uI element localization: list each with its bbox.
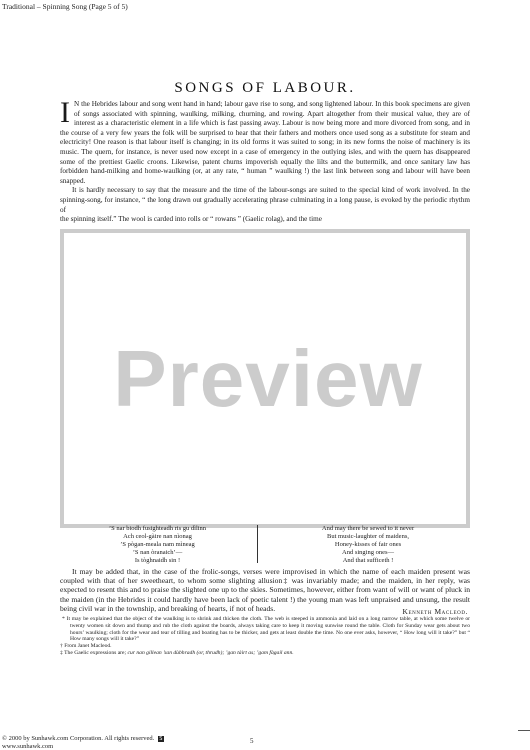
intro-text: IN the Hebrides labour and song went han… bbox=[60, 100, 470, 215]
verse-divider bbox=[257, 525, 258, 563]
verse-line: Is tòghnaidh sin ! bbox=[60, 557, 255, 565]
footnote: † From Janet Macleod. bbox=[60, 643, 470, 650]
footnote: ‡ The Gaelic expressions are; cur nan gi… bbox=[60, 650, 470, 657]
intro-paragraph-2: It is hardly necessary to say that the m… bbox=[60, 186, 470, 215]
corner-rule bbox=[518, 730, 530, 731]
document-title: Traditional – Spinning Song (Page 5 of 5… bbox=[2, 2, 128, 11]
footnotes: * It may be explained that the object of… bbox=[60, 616, 470, 657]
sunhawk-logo-icon: S bbox=[158, 736, 164, 742]
page-heading: SONGS OF LABOUR. bbox=[0, 80, 530, 97]
copyright-notice: © 2000 by Sunhawk.com Corporation. All r… bbox=[2, 735, 164, 750]
intro-paragraph-1: IN the Hebrides labour and song went han… bbox=[60, 100, 470, 186]
verse-line: ’S pògan-meala nam mìneag bbox=[60, 541, 255, 549]
verse-english: And may there be sewed to it never But m… bbox=[268, 525, 468, 565]
verse-line: And that sufficeth ! bbox=[268, 557, 468, 565]
verse-line: ’S nan òranaich’— bbox=[60, 549, 255, 557]
verse-line: And may there be sewed to it never bbox=[268, 525, 468, 533]
footnote: * It may be explained that the object of… bbox=[60, 616, 470, 643]
preview-watermark-text: Preview bbox=[113, 333, 422, 425]
page-number: 5 bbox=[250, 737, 254, 745]
author-signature: Kenneth Macleod. bbox=[403, 607, 468, 616]
copyright-text: © 2000 by Sunhawk.com Corporation. All r… bbox=[2, 735, 154, 742]
verse-line: Ach ceol-gàire nan nìonag bbox=[60, 533, 255, 541]
website-link[interactable]: www.sunhawk.com bbox=[2, 743, 53, 750]
clipped-text-line: the spinning itself.” The wool is carded… bbox=[60, 215, 470, 227]
verse-line: But music-laughter of maidens, bbox=[268, 533, 468, 541]
verse-line: And singing ones— bbox=[268, 549, 468, 557]
preview-watermark-frame: Preview bbox=[60, 229, 470, 528]
drop-cap: I bbox=[60, 101, 70, 125]
verse-line: ’S nar biodh fusighteadh ris gu dìlinn bbox=[60, 525, 255, 533]
verse-gaelic: ’S nar biodh fusighteadh ris gu dìlinn A… bbox=[60, 525, 255, 565]
verse-line: Honey-kisses of fair ones bbox=[268, 541, 468, 549]
